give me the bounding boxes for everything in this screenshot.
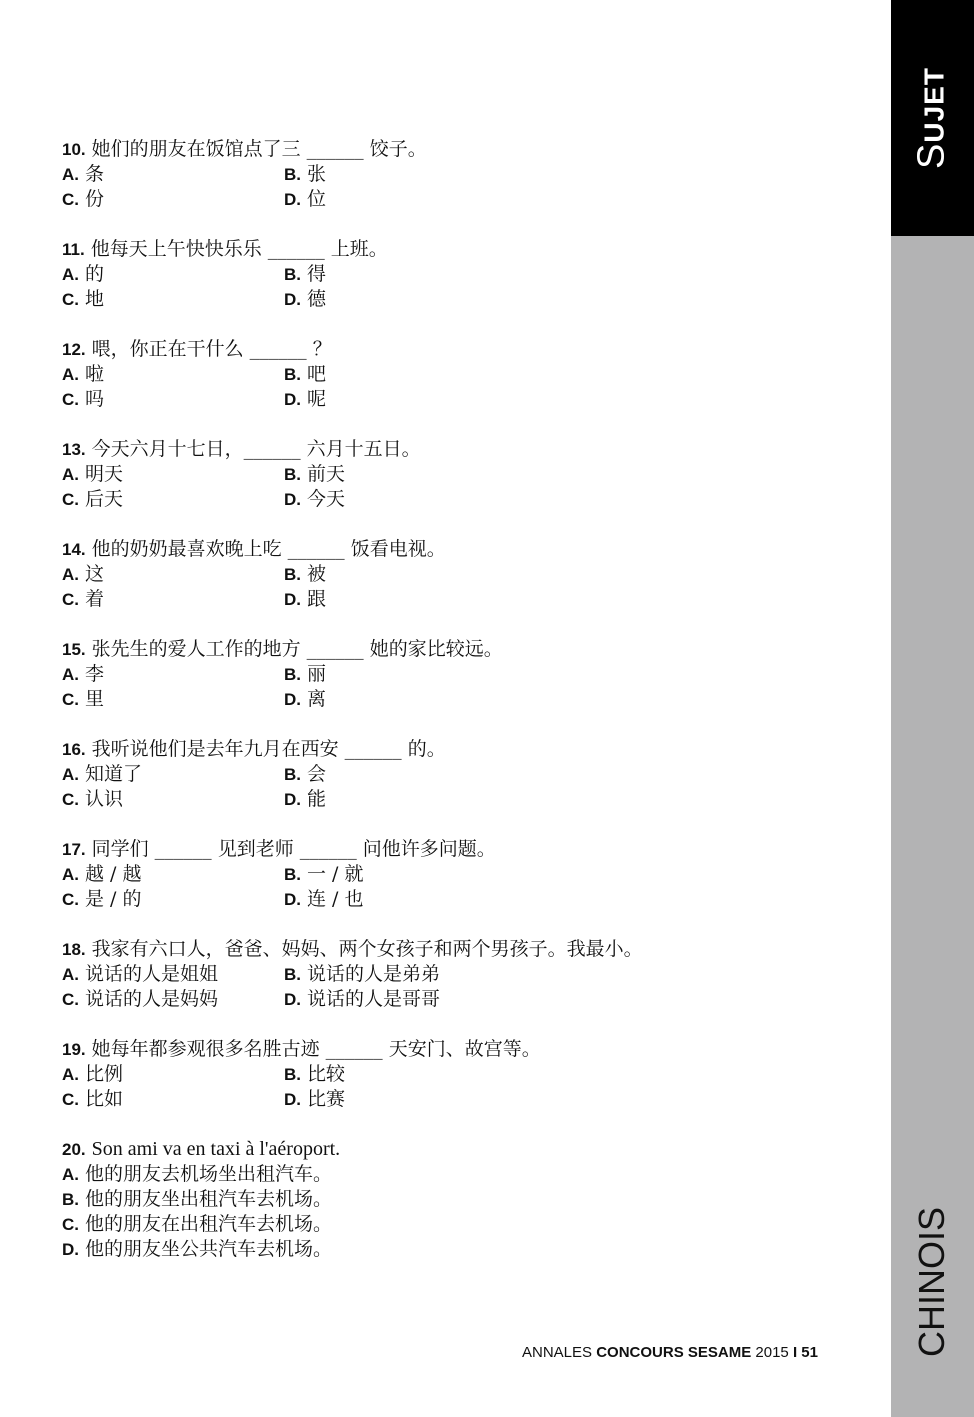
option-c: C.后天	[62, 487, 284, 512]
question-text: 我家有六口人，爸爸、妈妈、两个女孩子和两个男孩子。我最小。	[92, 938, 643, 960]
option-d: D.说话的人是哥哥	[284, 987, 440, 1012]
question-text: 她们的朋友在饭馆点了三 ______ 饺子。	[92, 138, 427, 160]
question-10: 10.她们的朋友在饭馆点了三 ______ 饺子。 A.条B.张 C.份D.位	[62, 137, 862, 212]
question-text: 我听说他们是去年九月在西安 ______ 的。	[92, 738, 446, 760]
option-d: D.呢	[284, 387, 326, 412]
question-16: 16.我听说他们是去年九月在西安 ______ 的。 A.知道了B.会 C.认识…	[62, 737, 862, 812]
question-number: 10.	[62, 140, 86, 159]
option-c: C.里	[62, 687, 284, 712]
question-list: 10.她们的朋友在饭馆点了三 ______ 饺子。 A.条B.张 C.份D.位 …	[62, 137, 862, 1287]
question-12: 12.喂，你正在干什么 ______ ？ A.啦B.吧 C.吗D.呢	[62, 337, 862, 412]
option-b: B.得	[284, 262, 326, 287]
option-c: C.他的朋友在出租汽车去机场。	[62, 1212, 662, 1237]
option-b: B.他的朋友坐出租汽车去机场。	[62, 1187, 662, 1212]
option-d: D.连 / 也	[284, 887, 363, 912]
option-d: D.比赛	[284, 1087, 345, 1112]
question-number: 20.	[62, 1140, 86, 1159]
question-number: 16.	[62, 740, 86, 759]
option-b: B.前天	[284, 462, 345, 487]
question-number: 12.	[62, 340, 86, 359]
option-b: B.比较	[284, 1062, 345, 1087]
question-text: 她每年都参观很多名胜古迹 ______ 天安门、故宫等。	[92, 1038, 541, 1060]
option-a: A.这	[62, 562, 284, 587]
section-tab-rest: UJET	[919, 67, 950, 143]
subject-label: CHINOIS	[911, 1207, 953, 1357]
option-b: B.说话的人是弟弟	[284, 962, 440, 987]
question-text: 张先生的爱人工作的地方 ______ 她的家比较远。	[92, 638, 503, 660]
option-a: A.越 / 越	[62, 862, 284, 887]
option-a: A.知道了	[62, 762, 284, 787]
question-text: 同学们 ______ 见到老师 ______ 问他许多问题。	[92, 838, 496, 860]
option-b: B.一 / 就	[284, 862, 363, 887]
option-d: D.离	[284, 687, 326, 712]
question-20: 20.Son ami va en taxi à l'aéroport. A.他的…	[62, 1137, 862, 1262]
option-a: A.的	[62, 262, 284, 287]
page-number: 51	[801, 1344, 818, 1361]
question-number: 13.	[62, 440, 86, 459]
question-text: 他的奶奶最喜欢晚上吃 ______ 饭看电视。	[92, 538, 446, 560]
question-number: 17.	[62, 840, 86, 859]
question-19: 19.她每年都参观很多名胜古迹 ______ 天安门、故宫等。 A.比例B.比较…	[62, 1037, 862, 1112]
option-d: D.位	[284, 187, 326, 212]
option-d: D.跟	[284, 587, 326, 612]
question-17: 17.同学们 ______ 见到老师 ______ 问他许多问题。 A.越 / …	[62, 837, 862, 912]
option-a: A.啦	[62, 362, 284, 387]
option-c: C.着	[62, 587, 284, 612]
footer-concours: CONCOURS SESAME	[596, 1344, 751, 1361]
question-15: 15.张先生的爱人工作的地方 ______ 她的家比较远。 A.李B.丽 C.里…	[62, 637, 862, 712]
footer-separator: I	[793, 1344, 797, 1361]
question-text: Son ami va en taxi à l'aéroport.	[92, 1138, 341, 1160]
footer-year: 2015	[755, 1344, 788, 1361]
question-number: 11.	[62, 240, 85, 259]
section-tab-first-letter: S	[911, 143, 953, 169]
question-number: 15.	[62, 640, 86, 659]
option-c: C.是 / 的	[62, 887, 284, 912]
page-footer: ANNALES CONCOURS SESAME 2015 I 51	[522, 1344, 818, 1361]
question-text: 喂，你正在干什么 ______ ？	[92, 338, 332, 360]
question-11: 11.他每天上午快快乐乐 ______ 上班。 A.的B.得 C.地D.德	[62, 237, 862, 312]
option-d: D.能	[284, 787, 326, 812]
option-d: D.德	[284, 287, 326, 312]
option-a: A.比例	[62, 1062, 284, 1087]
question-13: 13.今天六月十七日，______ 六月十五日。 A.明天B.前天 C.后天D.…	[62, 437, 862, 512]
option-b: B.被	[284, 562, 326, 587]
question-number: 14.	[62, 540, 86, 559]
section-tab-label: SUJET	[911, 67, 954, 169]
option-a: A.说话的人是姐姐	[62, 962, 284, 987]
option-b: B.吧	[284, 362, 326, 387]
option-d: D.今天	[284, 487, 345, 512]
option-c: C.说话的人是妈妈	[62, 987, 284, 1012]
option-b: B.丽	[284, 662, 326, 687]
question-number: 19.	[62, 1040, 86, 1059]
question-number: 18.	[62, 940, 86, 959]
option-b: B.会	[284, 762, 326, 787]
option-d: D.他的朋友坐公共汽车去机场。	[62, 1237, 662, 1262]
option-c: C.比如	[62, 1087, 284, 1112]
option-c: C.份	[62, 187, 284, 212]
question-text: 今天六月十七日，______ 六月十五日。	[92, 438, 421, 460]
option-a: A.他的朋友去机场坐出租汽车。	[62, 1162, 662, 1187]
option-b: B.张	[284, 162, 326, 187]
question-18: 18.我家有六口人，爸爸、妈妈、两个女孩子和两个男孩子。我最小。 A.说话的人是…	[62, 937, 862, 1012]
option-a: A.条	[62, 162, 284, 187]
footer-annales: ANNALES	[522, 1344, 592, 1361]
question-14: 14.他的奶奶最喜欢晚上吃 ______ 饭看电视。 A.这B.被 C.着D.跟	[62, 537, 862, 612]
option-c: C.地	[62, 287, 284, 312]
option-c: C.吗	[62, 387, 284, 412]
option-a: A.明天	[62, 462, 284, 487]
option-c: C.认识	[62, 787, 284, 812]
option-a: A.李	[62, 662, 284, 687]
question-text: 他每天上午快快乐乐 ______ 上班。	[91, 238, 388, 260]
